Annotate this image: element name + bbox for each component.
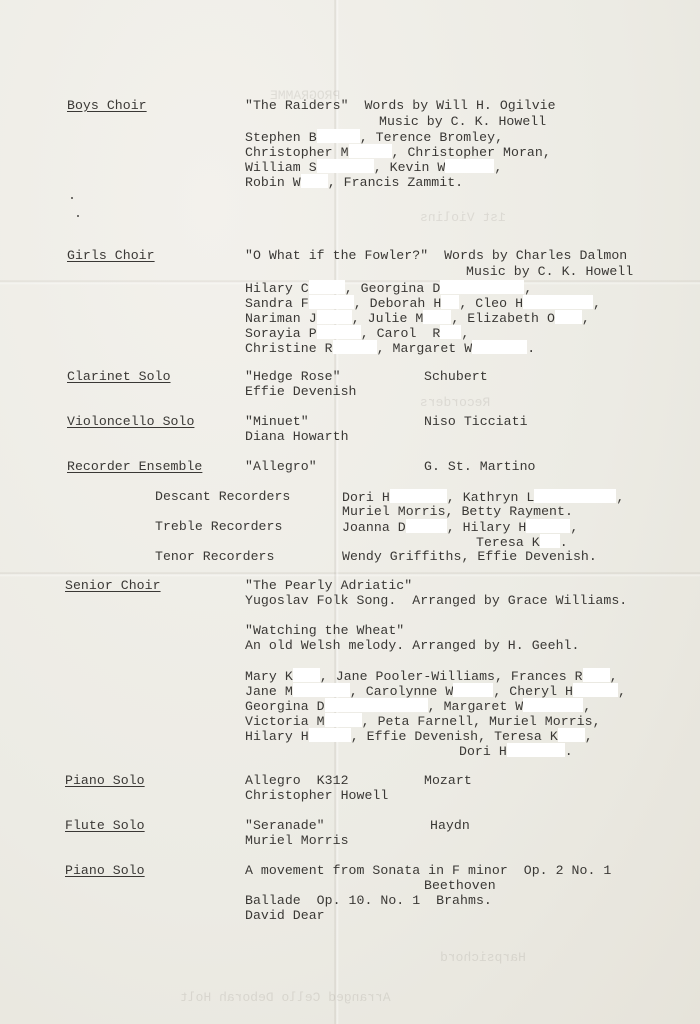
redaction-box [293,683,350,697]
performers-line: Nariman J, Julie M, Elizabeth O, [245,310,590,326]
performers-line: Dori H. [459,743,573,759]
performers-line: Christine R, Margaret W. [245,340,535,356]
piece-title-line: "O What if the Fowler?" Words by Charles… [245,248,627,263]
performers-line: William S, Kevin W, [245,159,502,175]
piece-title: "Seranade" [245,818,325,833]
redaction-box [472,340,527,354]
redaction-box [534,489,616,503]
section-heading: Piano Solo [65,773,145,788]
section-heading: Girls Choir [67,248,155,263]
piece-title: "Watching the Wheat" [245,623,404,638]
show-through-text: Harpsichord [440,950,526,965]
redaction-box [423,310,451,324]
section-heading: Piano Solo [65,863,145,878]
composer: Beethoven [424,878,496,893]
redaction-box [440,325,461,339]
redaction-box [309,280,345,294]
redaction-box [333,340,377,354]
composer: Haydn [430,818,470,833]
ink-mark [71,197,73,199]
performers-line: Dori H, Kathryn L, [342,489,624,505]
redaction-box [540,534,560,548]
redaction-box [317,325,361,339]
composer: G. St. Martino [424,459,536,474]
section-heading: Senior Choir [65,578,161,593]
redaction-box [573,683,618,697]
piece-title: Allegro K312 [245,773,349,788]
performers-line: Teresa K. [476,534,568,550]
composer: Schubert [424,369,488,384]
redaction-box [390,489,447,503]
show-through-text: 1st Violins [420,210,506,225]
performers-line: Robin W, Francis Zammit. [245,174,463,190]
piece-title: "The Pearly Adriatic" [245,578,412,593]
credit-line: Music by C. K. Howell [379,114,546,129]
redaction-box [317,310,352,324]
piece-title-line: "The Raiders" Words by Will H. Ogilvie [245,98,556,113]
redaction-box [325,698,428,712]
redaction-box [558,728,585,742]
redaction-box [325,713,362,727]
redaction-box [440,280,524,294]
performers-line: Mary K, Jane Pooler-Williams, Frances R, [245,668,618,684]
part-label-treble: Treble Recorders [155,519,282,534]
performer: Diana Howarth [245,429,349,444]
redaction-box [293,668,320,682]
redaction-box [507,743,565,757]
performers-line: Christopher M, Christopher Moran, [245,144,551,160]
performer: Christopher Howell [245,788,388,803]
section-heading: Recorder Ensemble [67,459,202,474]
redaction-box [526,519,570,533]
redaction-box [445,159,494,173]
performers-line: Stephen B, Terence Bromley, [245,129,503,145]
performers-line: Sorayia P, Carol R, [245,325,469,341]
piece-title: "Minuet" [245,414,309,429]
performers-line: Wendy Griffiths, Effie Devenish. [342,549,597,564]
redaction-box [555,310,582,324]
performer: Effie Devenish [245,384,357,399]
section-heading: Violoncello Solo [67,414,194,429]
redaction-box [317,129,360,143]
performers-line: Georgina D, Margaret W, [245,698,591,714]
performers-line: Hilary H, Effie Devenish, Teresa K, [245,728,593,744]
redaction-box [309,728,351,742]
credit-line: Music by C. K. Howell [466,264,633,279]
performers-line: Joanna D, Hilary H, [342,519,578,535]
composer: Niso Ticciati [424,414,528,429]
arrangement-note: Yugoslav Folk Song. Arranged by Grace Wi… [245,593,627,608]
part-label-tenor: Tenor Recorders [155,549,274,564]
piece-title: "Hedge Rose" [245,369,341,384]
redaction-box [301,174,328,188]
composer: Mozart [424,773,472,788]
redaction-box [309,295,354,309]
performers-line: Jane M, Carolynne W, Cheryl H, [245,683,626,699]
redaction-box [523,698,583,712]
performers-line: Victoria M, Peta Farnell, Muriel Morris, [245,713,601,729]
redaction-box [349,144,392,158]
performers-line: Muriel Morris, Betty Rayment. [342,504,573,519]
show-through-text: Recorders [420,395,490,410]
part-label-descant: Descant Recorders [155,489,290,504]
redaction-box [317,159,374,173]
redaction-box [453,683,493,697]
section-heading: Flute Solo [65,818,145,833]
section-heading: Clarinet Solo [67,369,171,384]
piece-title: "Allegro" [245,459,317,474]
section-heading: Boys Choir [67,98,147,113]
piece-title-line: A movement from Sonata in F minor Op. 2 … [245,863,611,878]
redaction-box [583,668,610,682]
performer: Muriel Morris [245,833,349,848]
arrangement-note: An old Welsh melody. Arranged by H. Geeh… [245,638,579,653]
performer: David Dear [245,908,325,923]
show-through-text: Arranged Cello Deborah Holt [180,990,391,1005]
performers-line: Hilary C, Georgina D, [245,280,532,296]
piece-title-line: Ballade Op. 10. No. 1 Brahms. [245,893,492,908]
ink-mark [77,215,79,217]
performers-line: Sandra F, Deborah H, Cleo H, [245,295,601,311]
redaction-box [441,295,459,309]
redaction-box [523,295,593,309]
redaction-box [406,519,447,533]
